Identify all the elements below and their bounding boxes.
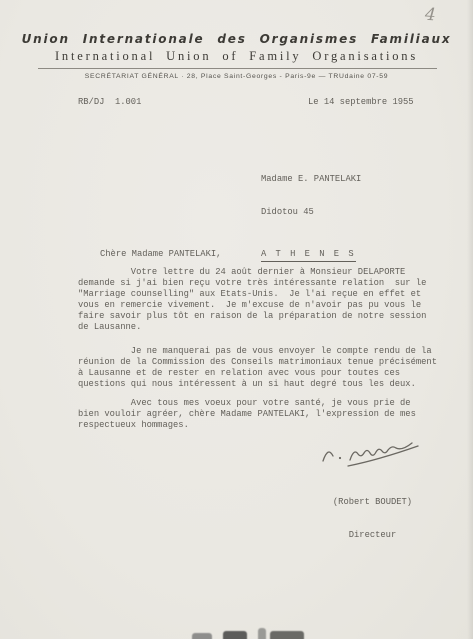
salutation: Chère Madame PANTELAKI,	[100, 249, 221, 260]
letter-date: Le 14 septembre 1955	[308, 97, 414, 108]
scan-artifact	[192, 633, 212, 639]
scan-artifact	[270, 631, 304, 639]
handwritten-page-number: 4	[424, 5, 436, 26]
scanned-letter-page: { "page": { "corner_number": "4" }, "hea…	[0, 0, 473, 639]
scan-edge-shadow	[467, 0, 473, 639]
header-divider-rule	[38, 68, 437, 69]
scan-artifact	[223, 631, 247, 639]
signature-block: (Robert BOUDET) Directeur	[315, 475, 430, 552]
recipient-city: A T H E N E S	[261, 249, 356, 262]
handwritten-signature	[318, 438, 430, 474]
signer-title: Directeur	[315, 530, 430, 541]
signer-name: (Robert BOUDET)	[315, 497, 430, 508]
recipient-street: Didotou 45	[261, 207, 361, 218]
org-title-english: International Union of Family Organisati…	[0, 49, 473, 64]
body-paragraph: Votre lettre du 24 août dernier à Monsie…	[78, 267, 448, 333]
recipient-block: Madame E. PANTELAKI Didotou 45 A T H E N…	[261, 152, 361, 273]
org-title-french: Union Internationale des Organismes Fami…	[0, 32, 473, 46]
body-paragraph: Je ne manquerai pas de vous envoyer le c…	[78, 346, 448, 390]
scan-artifact	[258, 628, 266, 639]
body-paragraph: Avec tous mes voeux pour votre santé, je…	[78, 398, 448, 431]
recipient-name: Madame E. PANTELAKI	[261, 174, 361, 185]
secretariat-address-line: SECRÉTARIAT GÉNÉRAL · 28, Place Saint-Ge…	[0, 73, 473, 80]
reference-number: RB/DJ 1.001	[78, 97, 141, 108]
